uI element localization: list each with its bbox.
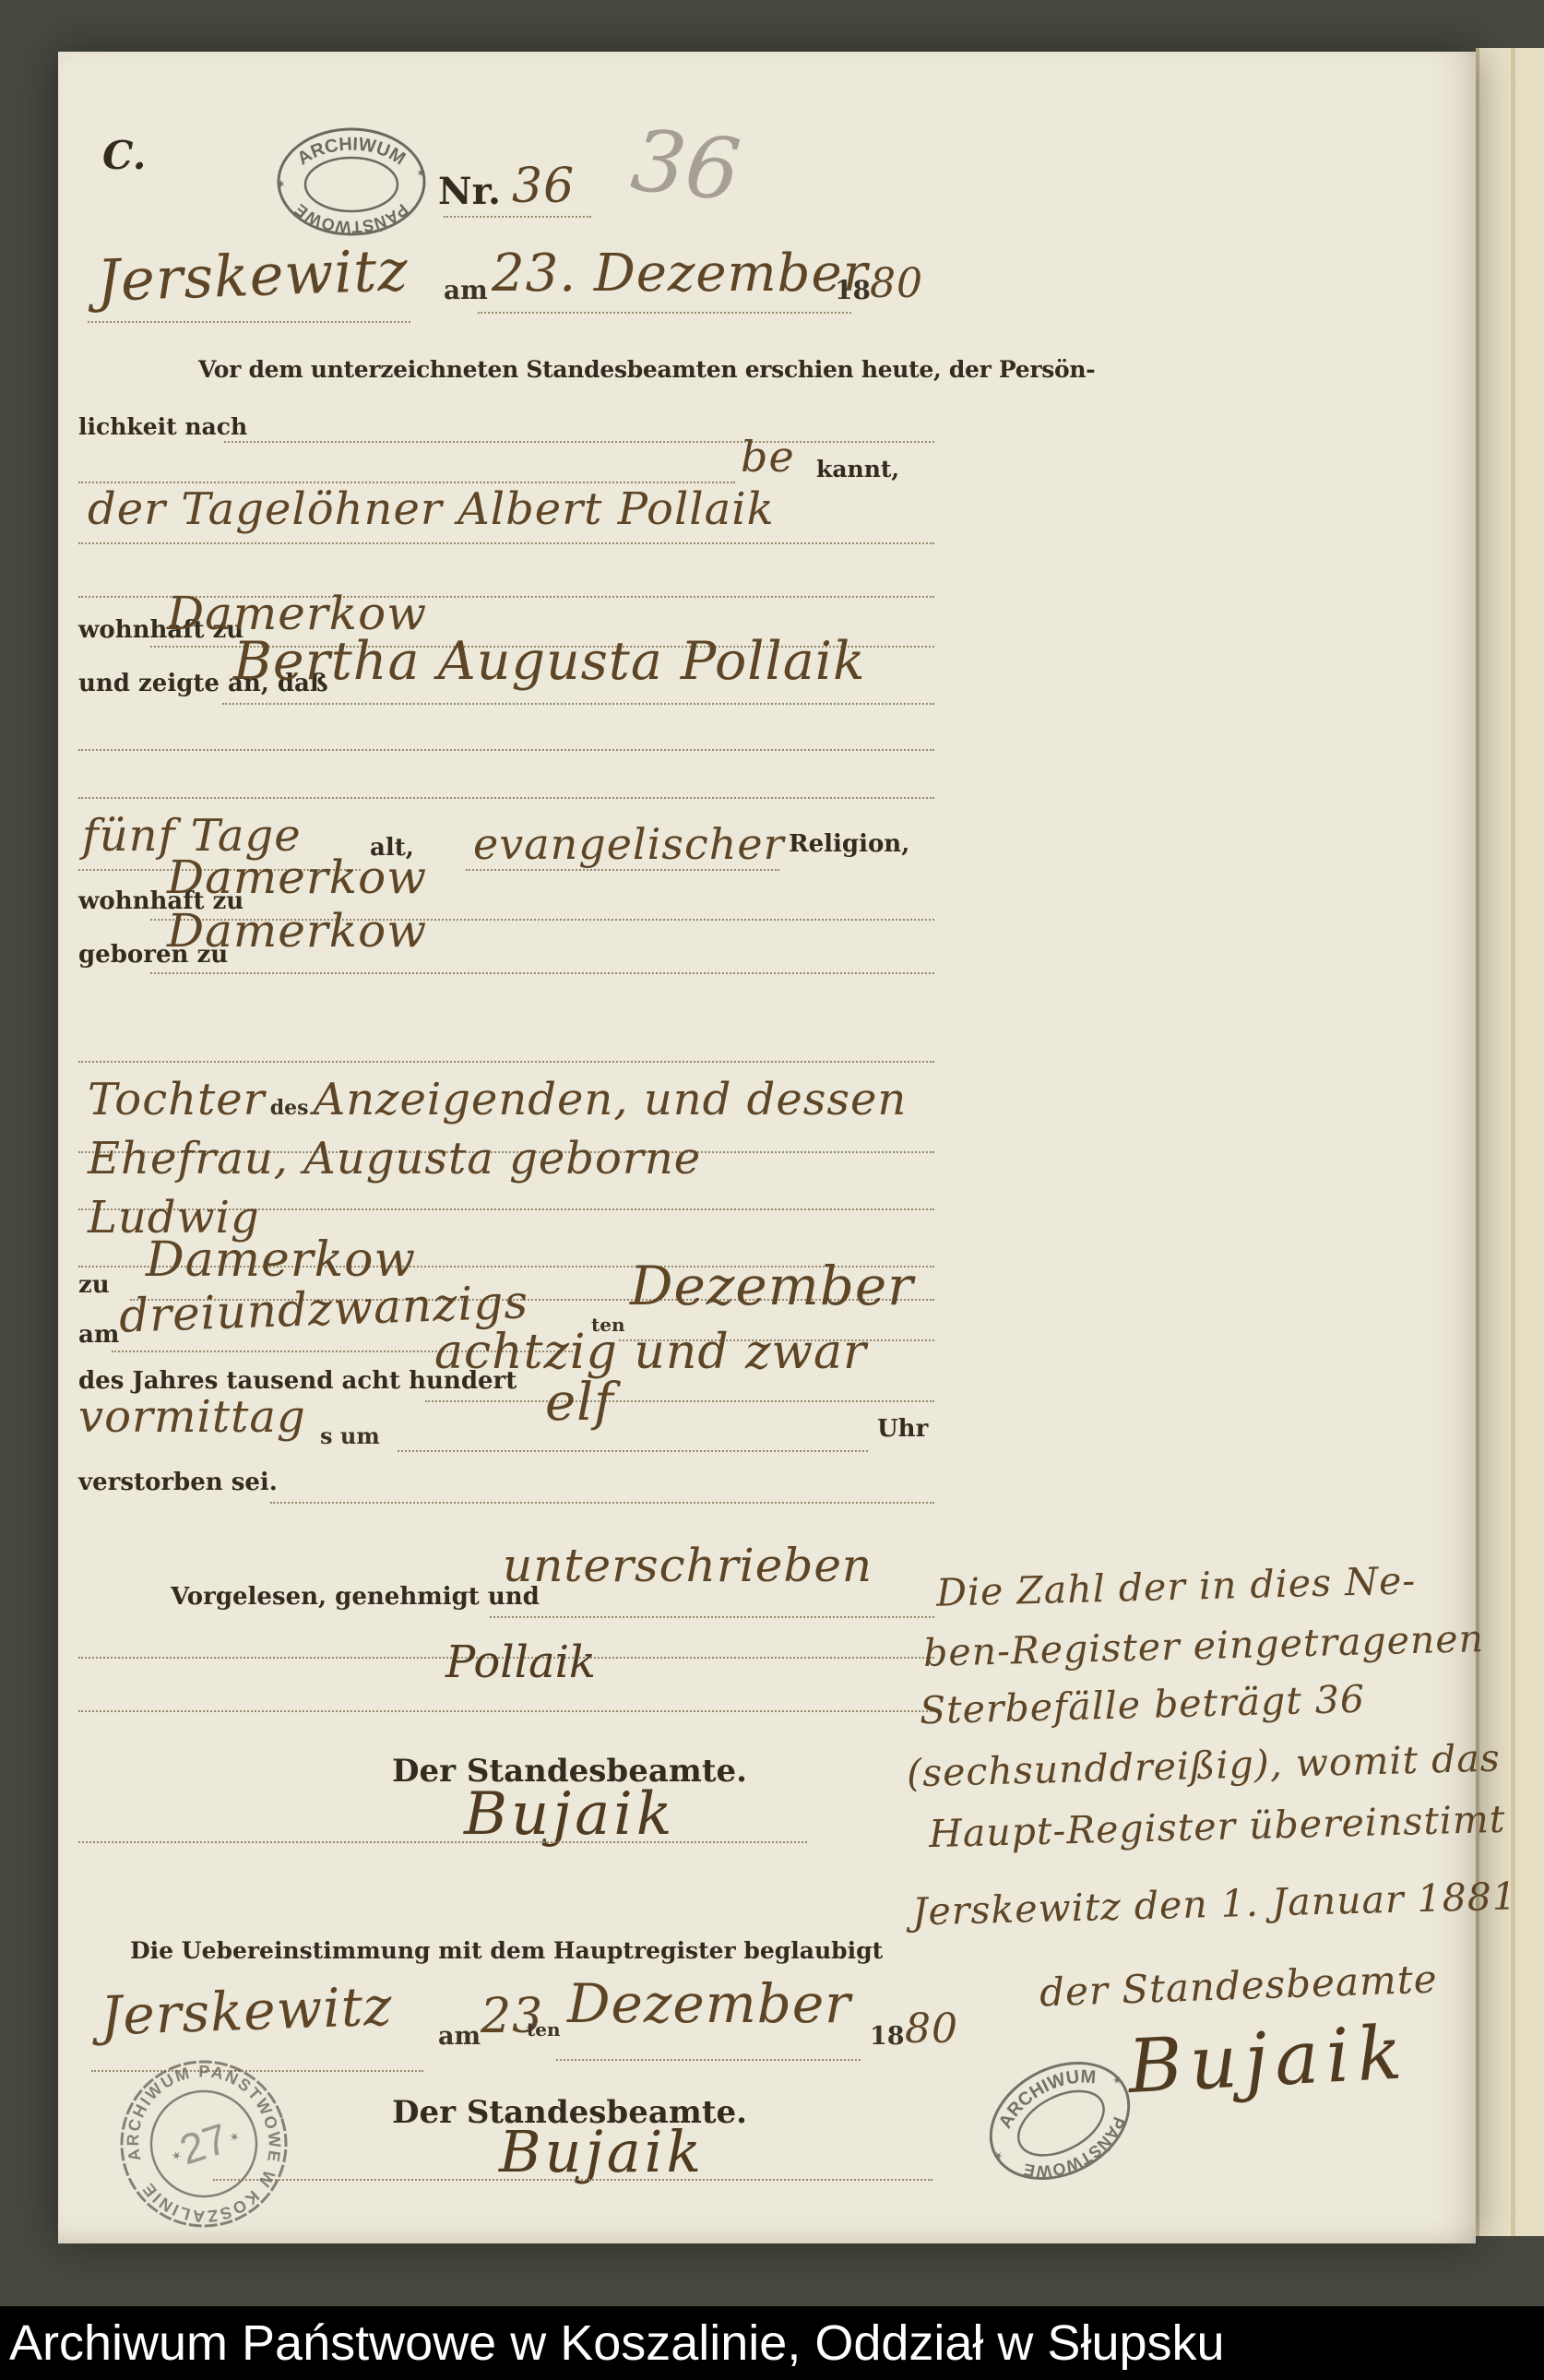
pencil-number: 36 <box>627 111 745 220</box>
registrar-signature-1: Bujaik <box>464 1780 676 1849</box>
dotted-line <box>398 1450 868 1452</box>
unterschrieben-written: unterschrieben <box>503 1539 873 1592</box>
cert-year-printed: 18 <box>870 2022 905 2051</box>
dotted-line <box>78 542 934 544</box>
registrar-signature-2: Bujaik <box>499 2118 705 2185</box>
declarant-signature: Pollaik <box>445 1636 596 1688</box>
s-um-label: s um <box>320 1422 380 1449</box>
intro-line1: Vor dem unterzeichneten Standesbeamten e… <box>198 356 1095 383</box>
cert-am-label: am <box>438 2022 481 2051</box>
archive-caption-text: Archiwum Państwowe w Koszalinie, Oddział… <box>9 2315 1225 2371</box>
margin-note-line: Haupt-Register übereinstimt <box>928 1797 1505 1856</box>
stamp-star-icon: ✶ <box>276 177 286 191</box>
dotted-line <box>213 2179 932 2181</box>
stamp-word-panstwowe: PAŃSTWOWE <box>291 200 412 236</box>
dotted-line <box>466 869 779 871</box>
des-printed: des <box>270 1096 309 1120</box>
am-label-2: am <box>78 1321 119 1349</box>
margin-note-line: (sechsunddreißig), womit das <box>906 1736 1501 1796</box>
round-archive-stamp: ARCHIWUM PAŃSTWOWE W KOSZALINIE 27 ✶ ✶ <box>92 2032 315 2255</box>
vorgelesen-label: Vorgelesen, genehmigt und <box>171 1583 540 1611</box>
religion-label: Religion, <box>789 830 909 858</box>
margin-note-line: Sterbefälle beträgt 36 <box>919 1677 1365 1733</box>
dotted-line <box>150 972 934 974</box>
parentage-line1: Tochter des Anzeigenden, und dessen <box>88 1074 907 1125</box>
oval-archive-stamp-top: ARCHIWUM PAŃSTWOWE ✶ ✶ <box>272 124 431 240</box>
dotted-line <box>556 2059 861 2061</box>
year-printed: 18 <box>835 275 871 305</box>
margin-note-line: Die Zahl der in dies Ne- <box>935 1558 1416 1615</box>
stamp-star-icon: ✶ <box>416 166 426 180</box>
declarant-written: der Tagelöhner Albert Pollaik <box>88 483 775 535</box>
parentage-rest-written: Anzeigenden, und dessen <box>314 1074 908 1125</box>
cert-month-written: Dezember <box>567 1972 851 2035</box>
death-register-form: C. ARCHIWUM PAŃSTWOWE ✶ ✶ Nr. 36 36 Jers… <box>58 52 1476 2243</box>
svg-text:PAŃSTWOWE: PAŃSTWOWE <box>1015 2109 1139 2197</box>
place-written: Jerskewitz <box>96 236 410 315</box>
uhr-label: Uhr <box>877 1415 928 1443</box>
cert-year-written: 80 <box>905 2005 958 2053</box>
dotted-line <box>78 749 934 751</box>
stamp-star-icon: ✶ <box>227 2128 242 2146</box>
religion-written: evangelischer <box>473 819 785 869</box>
margin-note-date: Jerskewitz den 1. Januar 1881 <box>911 1874 1517 1934</box>
margin-note-line: ben-Register eingetragenen <box>922 1616 1484 1675</box>
archive-caption-bar: Archiwum Państwowe w Koszalinie, Oddział… <box>0 2306 1544 2380</box>
dotted-line <box>444 216 591 218</box>
round-stamp-number: 27 <box>174 2113 234 2173</box>
year-written: 80 <box>870 260 923 307</box>
dotted-line <box>78 1710 934 1712</box>
hour-written: elf <box>545 1373 614 1433</box>
death-month-written: Dezember <box>630 1255 914 1317</box>
dotted-line <box>270 1502 934 1504</box>
am-label: am <box>444 275 488 305</box>
cert-ten-label: ten <box>527 2018 561 2041</box>
stamp-word-panstwowe: PAŃSTWOWE <box>1015 2109 1139 2197</box>
daytime-written: vormittag <box>78 1391 306 1443</box>
dotted-line <box>78 797 934 799</box>
dotted-line <box>78 1061 934 1063</box>
nr-label: Nr. <box>438 170 501 213</box>
parentage-line2-written: Ehefrau, Augusta geborne <box>88 1133 701 1184</box>
stamp-star-icon: ✶ <box>991 2148 1006 2164</box>
nr-value: 36 <box>512 159 575 214</box>
dotted-line <box>78 1841 807 1843</box>
kannt-printed: kannt, <box>816 456 899 482</box>
dotted-line <box>490 1616 934 1618</box>
dotted-line <box>222 703 934 705</box>
margin-registrar-label: der Standesbeamte <box>1039 1956 1438 2015</box>
dotted-line <box>478 312 851 314</box>
stamp-word-archiwum: ARCHIWUM <box>294 134 410 169</box>
svg-text:ARCHIWUM: ARCHIWUM <box>294 134 410 169</box>
dotted-line <box>425 1400 934 1402</box>
dotted-line <box>224 441 934 443</box>
zu-label: zu <box>78 1271 110 1299</box>
death-year-written: achtzig und zwar <box>434 1325 867 1380</box>
date-written: 23. Dezember <box>492 244 868 303</box>
be-written: be <box>741 432 795 482</box>
intro-line2: lichkeit nach <box>78 413 247 440</box>
form-letter: C. <box>102 133 146 178</box>
margin-registrar-signature: Bujaik <box>1126 2009 1411 2110</box>
certification-line: Die Uebereinstimmung mit dem Hauptregist… <box>130 1937 883 1964</box>
deceased-name-written: Bertha Augusta Pollaik <box>233 631 866 692</box>
archival-scan-page: { "caption": "Archiwum Państwowe w Kosza… <box>0 0 1544 2380</box>
residence-written-2: Damerkow <box>167 851 427 904</box>
dotted-line <box>88 321 410 323</box>
verstorben-label: verstorben sei. <box>78 1469 278 1496</box>
birthplace-written: Damerkow <box>167 904 427 958</box>
svg-text:PAŃSTWOWE: PAŃSTWOWE <box>291 200 412 236</box>
relation-written: Tochter <box>88 1074 266 1125</box>
